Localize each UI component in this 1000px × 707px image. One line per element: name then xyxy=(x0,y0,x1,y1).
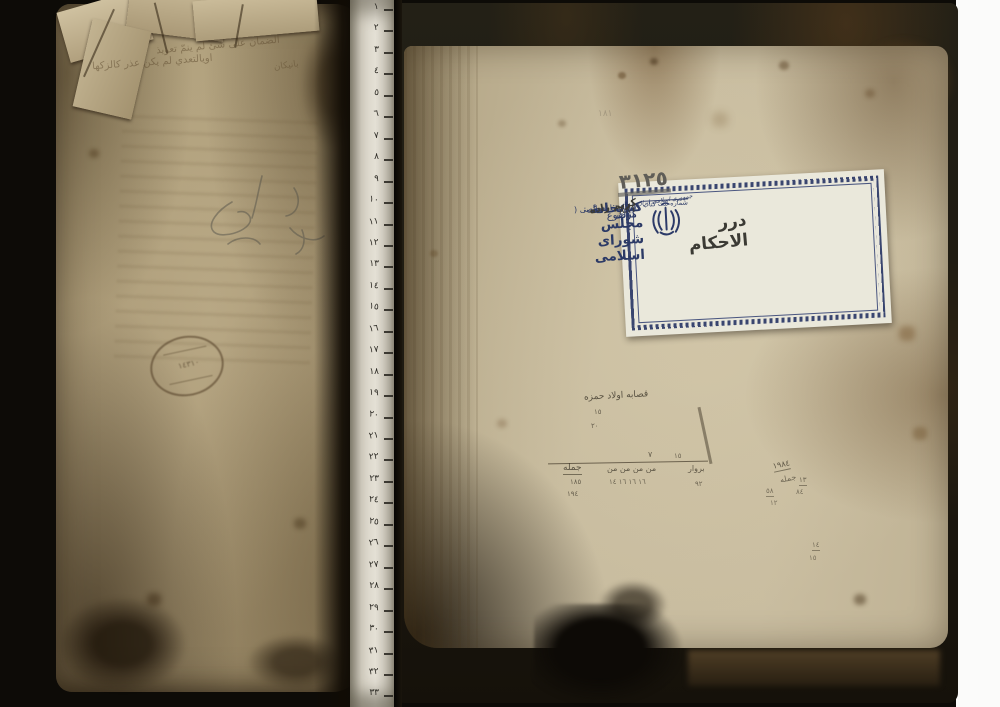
ruler-tick xyxy=(384,438,393,440)
ruler-number: ١٩ xyxy=(369,389,379,399)
ruler-number: ٢١ xyxy=(369,431,380,441)
ruler-tick xyxy=(384,202,393,204)
ruler-number: ٢٤ xyxy=(369,496,379,506)
scanner-background xyxy=(956,0,1000,707)
ruler-number: ٢٦ xyxy=(369,539,380,549)
ruler-number: ١٣ xyxy=(369,260,379,269)
stamp-number: ١٤٣١٠ xyxy=(165,355,212,373)
ruler-number: ٣٢ xyxy=(369,668,379,678)
ruler-tick xyxy=(384,9,393,11)
ruler-tick xyxy=(384,567,393,569)
ruler-tick xyxy=(384,138,393,140)
foxing-spots xyxy=(0,0,4,3)
ruler-tick xyxy=(384,159,393,161)
stain xyxy=(534,604,682,704)
ruler-number: ٣١ xyxy=(369,646,380,656)
handwritten-registration-number: ٣١٢٥ xyxy=(616,166,671,197)
ruler-number: ١٨ xyxy=(369,368,379,377)
ruler-tick xyxy=(384,545,393,547)
book-gutter-shadow xyxy=(314,0,354,707)
fore-edge xyxy=(688,650,940,686)
ruler-tick xyxy=(384,288,393,290)
ruler-number: ١٧ xyxy=(369,346,379,356)
ruler-number: ٣ xyxy=(374,46,379,55)
ruler-scale: ١٢٣٤٥٦٧٨٩١٠١١١٢١٣١٤١٥١٦١٧١٨١٩٢٠٢١٢٢٢٣٢٤٢… xyxy=(350,0,394,707)
ruler-tick xyxy=(384,352,393,354)
ruler-tick xyxy=(384,502,393,504)
ruler-number: ٨ xyxy=(374,153,379,162)
ruler-tick xyxy=(384,95,393,97)
ruler-number: ١٠ xyxy=(369,195,380,205)
ruler-tick xyxy=(384,374,393,376)
ruler-number: ٢٢ xyxy=(369,453,379,463)
ruler-number: ١٤ xyxy=(369,282,379,292)
ruler-tick xyxy=(384,224,393,226)
ruler-number: ٢٥ xyxy=(369,517,380,527)
ruler-number: ٢ xyxy=(374,24,379,33)
ruler-number: ٦ xyxy=(374,110,380,120)
ruler-tick xyxy=(384,653,393,655)
ruler-number: ٧ xyxy=(374,132,379,141)
ruler-number: ٢٩ xyxy=(369,603,379,613)
ruler-number: ٩ xyxy=(374,174,379,183)
ruler-number: ٤ xyxy=(374,67,379,76)
ruler-number: ٢٣ xyxy=(369,475,379,484)
ruler-number: ١٥ xyxy=(369,303,380,313)
ruler-tick xyxy=(384,674,393,676)
ruler-tick xyxy=(384,266,393,268)
ruler-number: ٢٠ xyxy=(369,410,380,420)
ruler-tick xyxy=(384,395,393,397)
gutter-seam xyxy=(394,0,402,707)
ruler-number: ٥ xyxy=(374,89,380,99)
handwritten-book-title: درر الاحكام xyxy=(686,210,749,255)
ruler-number: ١١ xyxy=(369,217,380,227)
stamp-line xyxy=(163,346,206,356)
ruler-tick xyxy=(384,524,393,526)
ruler-tick xyxy=(384,73,393,75)
ruler-tick xyxy=(384,459,393,461)
ruler-tick xyxy=(384,116,393,118)
ruler-number: ١ xyxy=(374,3,380,13)
pencil-doodles xyxy=(198,166,328,266)
ruler-tick xyxy=(384,331,393,333)
ruler-tick xyxy=(384,181,393,183)
ruler-number: ٣٠ xyxy=(369,624,380,634)
ruler-tick xyxy=(384,588,393,590)
ruler-tick xyxy=(384,52,393,54)
stamp-line xyxy=(169,375,212,385)
ruler-number: ١٦ xyxy=(369,324,380,334)
right-page xyxy=(404,46,948,648)
ruler-number: ١٢ xyxy=(369,239,379,249)
manuscript-scan: ١٤٣١٠ ١٢٣٤٥٦٧٨٩١٠١١١٢١٣١٤١٥١٦١٧١٨١٩٢٠٢١٢… xyxy=(0,0,1000,707)
ruler-number: ٣٣ xyxy=(369,689,379,698)
stain xyxy=(58,596,188,692)
ruler-tick xyxy=(384,631,393,633)
label-main-area: كتابخانۀ مجلس شوراى اسلامى كتاب مؤلف موض… xyxy=(634,197,640,198)
page-gutter-curve xyxy=(404,46,478,648)
ruler-tick xyxy=(384,610,393,612)
ruler-number: ٢٧ xyxy=(369,560,379,570)
ruler-tick xyxy=(384,245,393,247)
ruler-tick xyxy=(384,309,393,311)
ruler-tick xyxy=(384,695,393,697)
library-label-card: كتابخانۀ مجلس شوراى اسلامى كتاب مؤلف موض… xyxy=(618,169,892,337)
ruler-tick xyxy=(384,30,393,32)
label-content: كتابخانۀ مجلس شوراى اسلامى كتاب مؤلف موض… xyxy=(634,185,876,321)
ruler-tick xyxy=(384,417,393,419)
ruler-number: ٢٨ xyxy=(369,582,379,591)
ruler-tick xyxy=(384,481,393,483)
